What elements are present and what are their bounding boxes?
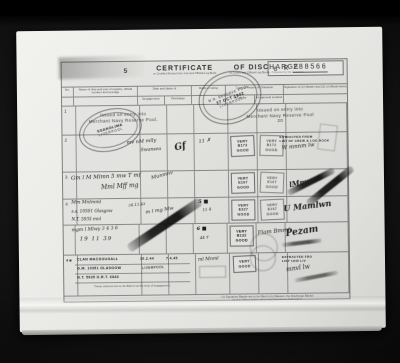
- serial-number-box: R 288566: [268, 60, 344, 76]
- row4-rank-sub: 11 4: [202, 204, 228, 212]
- extracted-stamp-2: EXTRACTED FRO LIST 1945 LIV: [282, 255, 312, 263]
- paper-fold-crease: [19, 296, 385, 314]
- col-signature-spacer: [284, 94, 347, 103]
- tonnage-stamp: N.T. 5935 G.R.T. 6843: [77, 275, 119, 280]
- row4-handwriting-3: N.T. 5935 mnl: [71, 216, 101, 221]
- row5-rank-sub: 44 T: [200, 233, 227, 241]
- document-paper: 5 CERTIFICATE or Certified Extract from …: [16, 27, 386, 332]
- table-row: 6 ■ 44 T VERY B132 GOOD Flam Bmmf: [64, 222, 349, 255]
- small-box-stamp: [317, 123, 338, 151]
- row5-handwriting-2: 19 11 39: [80, 236, 113, 242]
- col-ship-spacer: [74, 97, 138, 106]
- col-ship: Name of ship and port of registry, offic…: [74, 87, 138, 97]
- very-good-stamp: VERY E327 GOOD: [231, 199, 255, 220]
- very-good-stamp: VERY E167 GOOD: [260, 172, 285, 194]
- col-no-spacer: [62, 98, 74, 106]
- row4-handwriting-1: Mm Mnlmml: [71, 200, 101, 205]
- discharge-certificate-form: 5 CERTIFICATE or Certified Extract from …: [61, 58, 351, 302]
- row2-rank-handwriting: 11 ✗: [198, 135, 228, 145]
- table-row: 4 5 ■ 11 4 VERY E327 GOOD: [63, 196, 348, 225]
- very-good-stamp: VERY E167 GOOD: [260, 199, 285, 221]
- very-good-stamp: VERY E167 GOOD: [231, 172, 256, 194]
- col-no: No.: [62, 88, 74, 97]
- page-number-left: 5: [124, 68, 128, 75]
- discharge-date-stamp: 7.4.45: [166, 256, 178, 260]
- small-box-stamp: [199, 266, 226, 278]
- table-row: 3 VERY E167 GOOD VERY E167: [63, 169, 348, 199]
- ship-name-stamp: CLAN MACDOUGALL: [77, 257, 118, 262]
- official-number-stamp: G.M. 10351 GLASGOW: [77, 266, 121, 271]
- col-date-place: Date and place of: [138, 86, 192, 96]
- serial-number: 288566: [293, 63, 327, 72]
- serial-prefix: R: [284, 64, 288, 72]
- table-row: 4 ■ ml Mnml VERY GOOD: [64, 252, 349, 296]
- row5-rank-mark: 6 ■: [197, 226, 227, 232]
- very-good-stamp: VERY B173 GOOD: [230, 135, 255, 157]
- row2-number: 2: [62, 136, 76, 172]
- col-signature: Signature of (1) Master and (2) of offic…: [284, 84, 347, 94]
- engagement-date-stamp: 10.2.44: [140, 257, 154, 261]
- row4-handwriting-2: s.s. 10501 Glasgow: [71, 208, 112, 214]
- photo-background: 5 CERTIFICATE or Certified Extract from …: [0, 0, 400, 363]
- col-engagement: Engagement: [138, 96, 165, 104]
- row6-mid-handwriting: ml Mnml: [198, 256, 229, 263]
- col-discharge: Discharge: [165, 96, 192, 104]
- discharge-table: No. Name of ship and port of registry, o…: [62, 84, 350, 308]
